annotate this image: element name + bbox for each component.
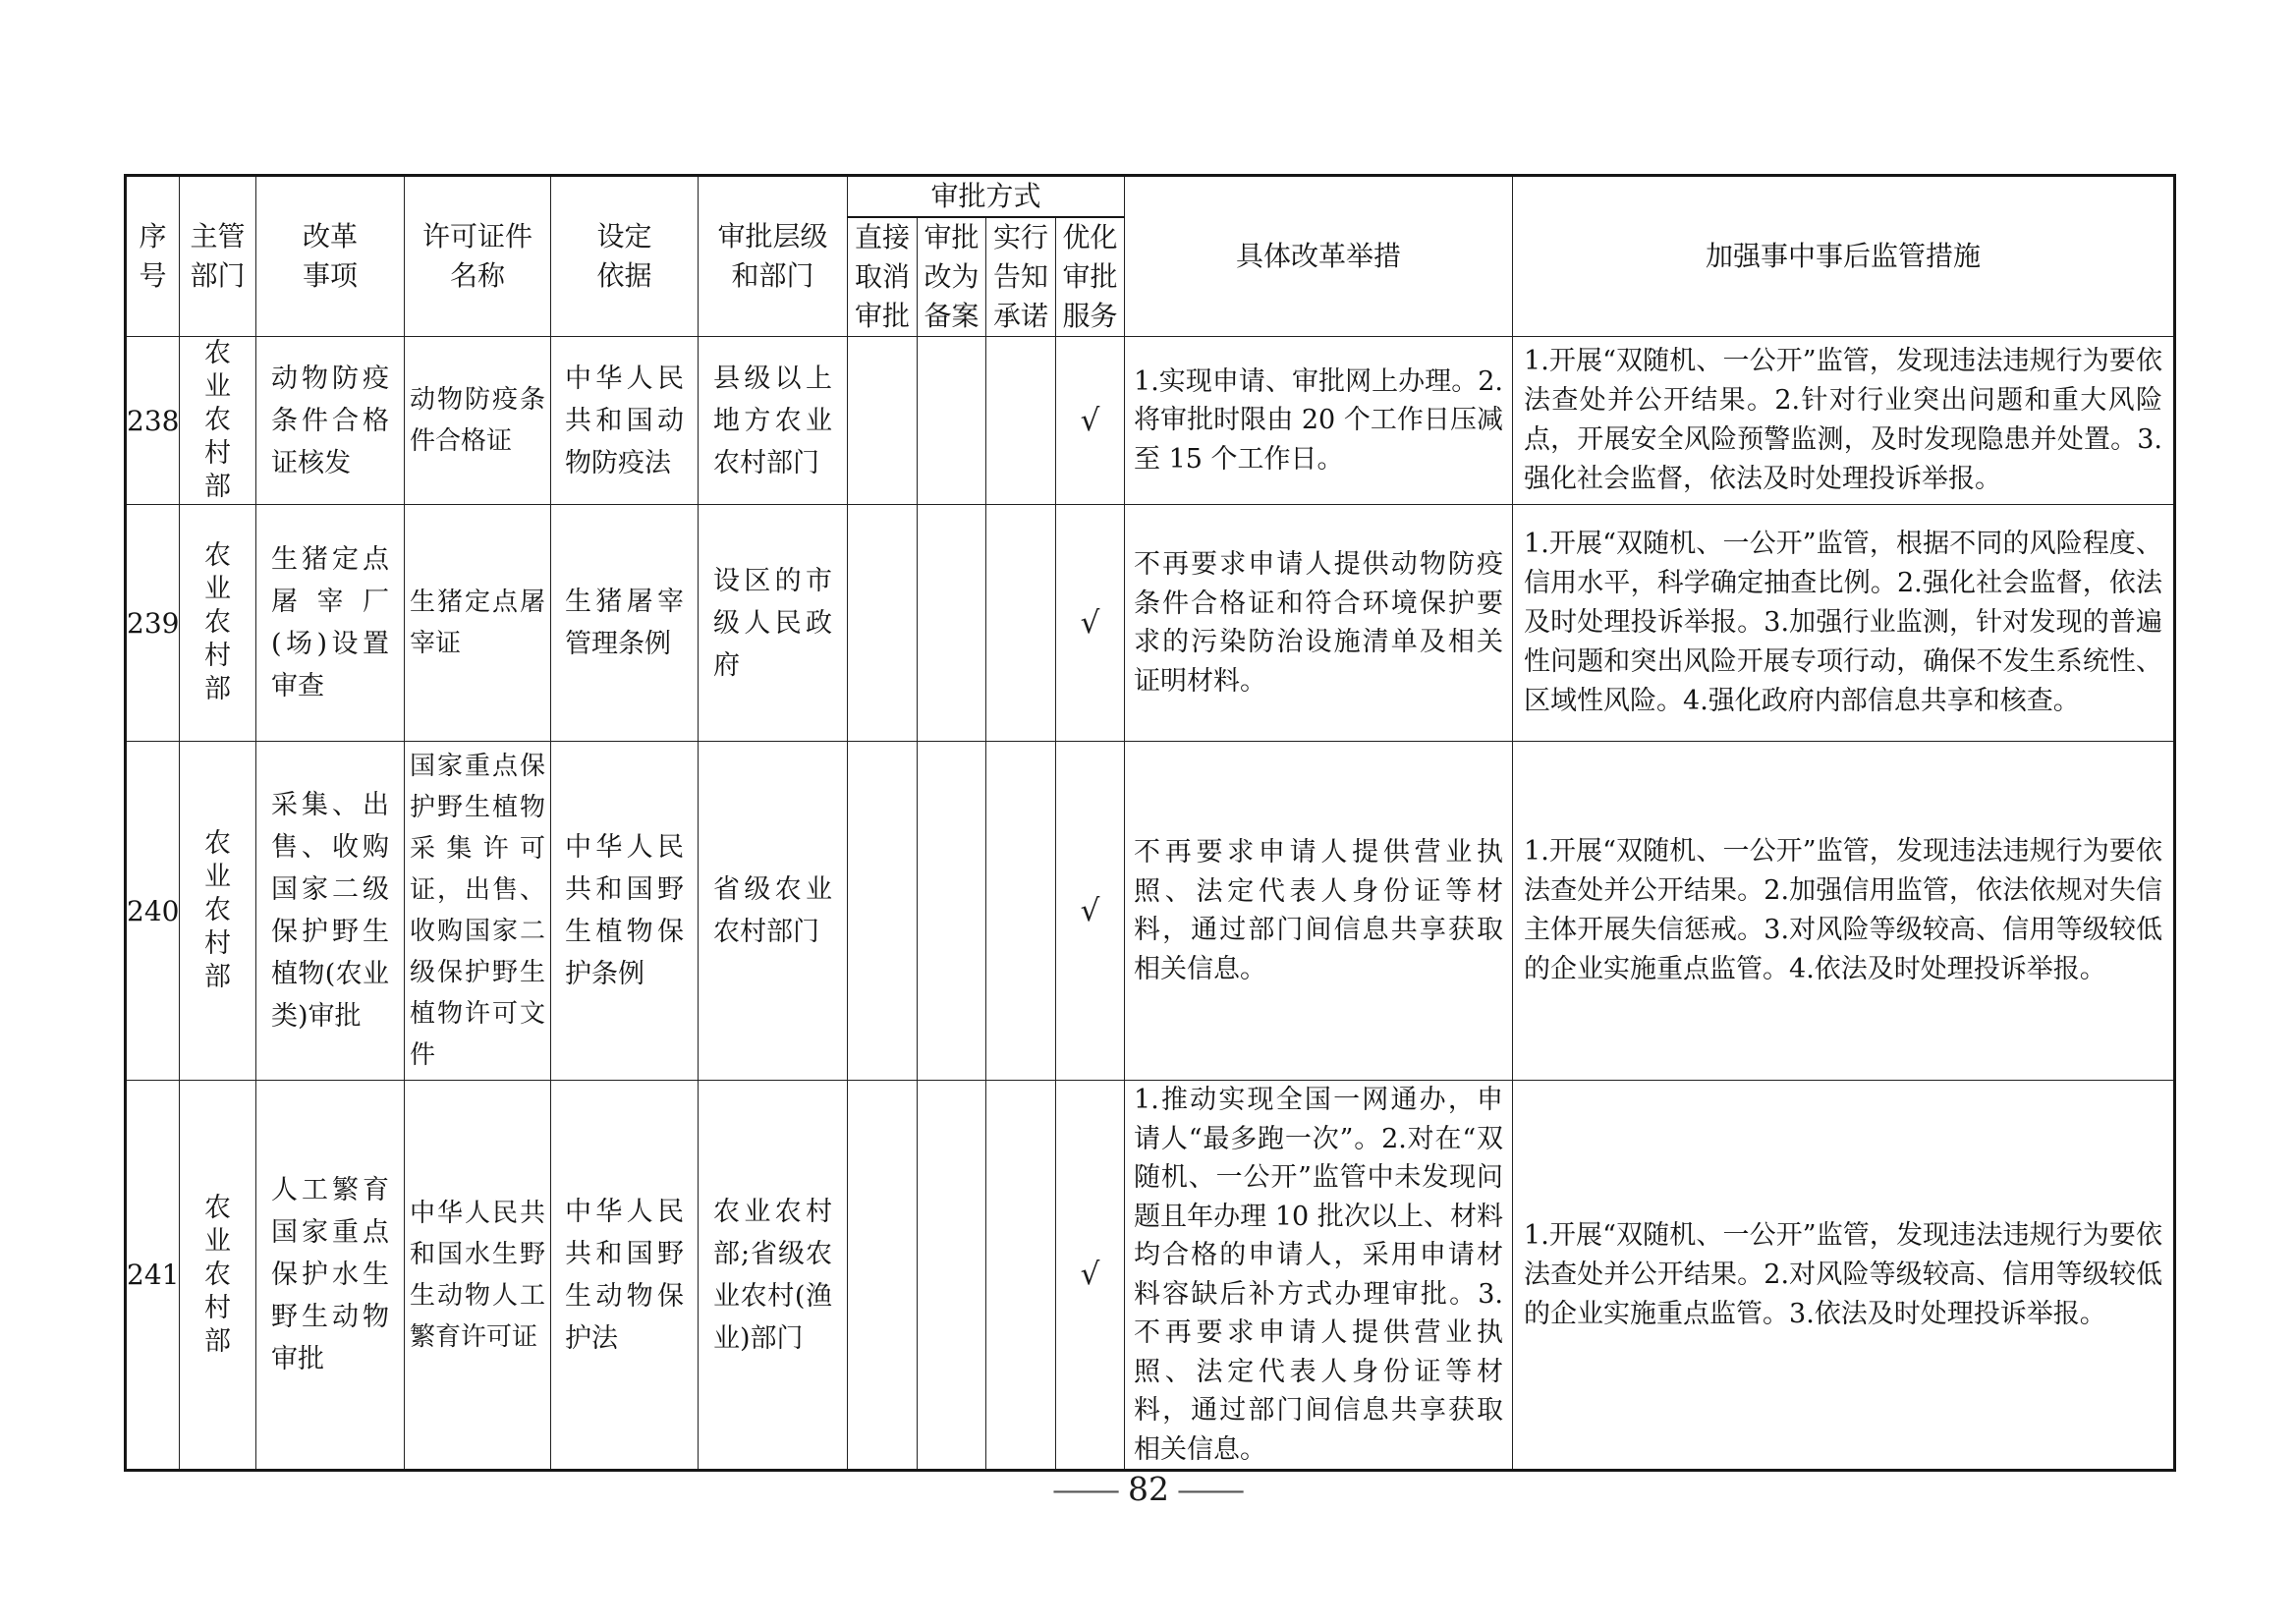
cell-basis: 中华人民共和国野生动物保护法 <box>551 1081 699 1471</box>
cell-license: 生猪定点屠宰证 <box>405 505 551 742</box>
cell-method-optimize-checkmark: √ <box>1056 742 1125 1081</box>
col-header-method-cancel: 直接 取消 审批 <box>848 217 918 337</box>
col-header-level: 审批层级 和部门 <box>699 176 848 337</box>
cell-supervision: 1.开展“双随机、一公开”监管，发现违法违规行为要依法查处并公开结果。2.针对行… <box>1513 337 2175 505</box>
cell-item: 动物防疫条件合格证核发 <box>256 337 405 505</box>
document-page: 序 号 主管 部门 改革 事项 许可证件 名称 设定 依据 审批层级 和部门 审… <box>0 0 2296 1624</box>
cell-method-commitment <box>986 505 1056 742</box>
col-header-seq: 序 号 <box>126 176 180 337</box>
table-row-238: 238 农业农村部 动物防疫条件合格证核发 动物防疫条件合格证 中华人民共和国动… <box>126 337 2175 505</box>
cell-method-optimize-checkmark: √ <box>1056 1081 1125 1471</box>
page-number: —82— <box>124 1470 2173 1508</box>
cell-license: 动物防疫条件合格证 <box>405 337 551 505</box>
cell-method-optimize-checkmark: √ <box>1056 337 1125 505</box>
cell-supervision: 1.开展“双随机、一公开”监管，发现违法违规行为要依法查处并公开结果。2.加强信… <box>1513 742 2175 1081</box>
cell-basis: 中华人民共和国动物防疫法 <box>551 337 699 505</box>
cell-method-filing <box>918 505 986 742</box>
dept-vertical-text: 农业农村部 <box>203 337 233 504</box>
cell-method-optimize-checkmark: √ <box>1056 505 1125 742</box>
cell-method-commitment <box>986 1081 1056 1471</box>
cell-measures: 1.实现申请、审批网上办理。2.将审批时限由 20 个工作日压减至 15 个工作… <box>1125 337 1513 505</box>
cell-method-cancel <box>848 742 918 1081</box>
cell-seq: 239 <box>126 505 180 742</box>
cell-method-filing <box>918 742 986 1081</box>
cell-measures: 1.推动实现全国一网通办，申请人“最多跑一次”。2.对在“双随机、一公开”监管中… <box>1125 1081 1513 1471</box>
cell-seq: 240 <box>126 742 180 1081</box>
cell-method-filing <box>918 1081 986 1471</box>
cell-supervision: 1.开展“双随机、一公开”监管，发现违法违规行为要依法查处并公开结果。2.对风险… <box>1513 1081 2175 1471</box>
cell-measures: 不再要求申请人提供营业执照、法定代表人身份证等材料，通过部门间信息共享获取相关信… <box>1125 742 1513 1081</box>
cell-basis: 中华人民共和国野生植物保护条例 <box>551 742 699 1081</box>
cell-dept: 农业农村部 <box>180 742 256 1081</box>
col-header-method-group: 审批方式 <box>848 176 1125 218</box>
cell-method-cancel <box>848 1081 918 1471</box>
cell-dept: 农业农村部 <box>180 505 256 742</box>
dept-vertical-text: 农业农村部 <box>203 1192 233 1359</box>
cell-item: 生猪定点屠宰厂(场)设置审查 <box>256 505 405 742</box>
dept-vertical-text: 农业农村部 <box>203 539 233 706</box>
col-header-method-commitment: 实行 告知 承诺 <box>986 217 1056 337</box>
col-header-basis: 设定 依据 <box>551 176 699 337</box>
col-header-supervision: 加强事中事后监管措施 <box>1513 176 2175 337</box>
cell-method-commitment <box>986 742 1056 1081</box>
dept-vertical-text: 农业农村部 <box>203 827 233 994</box>
cell-level: 省级农业农村部门 <box>699 742 848 1081</box>
cell-method-cancel <box>848 505 918 742</box>
col-header-measures: 具体改革举措 <box>1125 176 1513 337</box>
page-number-right-dash: — <box>1175 1470 1247 1508</box>
cell-item: 采集、出售、收购国家二级保护野生植物(农业类)审批 <box>256 742 405 1081</box>
cell-method-commitment <box>986 337 1056 505</box>
col-header-dept: 主管 部门 <box>180 176 256 337</box>
cell-basis: 生猪屠宰管理条例 <box>551 505 699 742</box>
table-row-239: 239 农业农村部 生猪定点屠宰厂(场)设置审查 生猪定点屠宰证 生猪屠宰管理条… <box>126 505 2175 742</box>
col-header-license: 许可证件 名称 <box>405 176 551 337</box>
cell-level: 设区的市级人民政府 <box>699 505 848 742</box>
table-row-240: 240 农业农村部 采集、出售、收购国家二级保护野生植物(农业类)审批 国家重点… <box>126 742 2175 1081</box>
reform-items-table: 序 号 主管 部门 改革 事项 许可证件 名称 设定 依据 审批层级 和部门 审… <box>124 174 2176 1472</box>
cell-supervision: 1.开展“双随机、一公开”监管，根据不同的风险程度、信用水平，科学确定抽查比例。… <box>1513 505 2175 742</box>
cell-level: 农业农村部;省级农业农村(渔业)部门 <box>699 1081 848 1471</box>
cell-seq: 241 <box>126 1081 180 1471</box>
col-header-item: 改革 事项 <box>256 176 405 337</box>
cell-license: 中华人民共和国水生野生动物人工繁育许可证 <box>405 1081 551 1471</box>
cell-dept: 农业农村部 <box>180 1081 256 1471</box>
cell-license: 国家重点保护野生植物采集许可证，出售、收购国家二级保护野生植物许可文件 <box>405 742 551 1081</box>
cell-seq: 238 <box>126 337 180 505</box>
cell-level: 县级以上地方农业农村部门 <box>699 337 848 505</box>
col-header-method-filing: 审批 改为 备案 <box>918 217 986 337</box>
table-row-241: 241 农业农村部 人工繁育国家重点保护水生野生动物审批 中华人民共和国水生野生… <box>126 1081 2175 1471</box>
cell-item: 人工繁育国家重点保护水生野生动物审批 <box>256 1081 405 1471</box>
cell-method-cancel <box>848 337 918 505</box>
cell-dept: 农业农村部 <box>180 337 256 505</box>
cell-measures: 不再要求申请人提供动物防疫条件合格证和符合环境保护要求的污染防治设施清单及相关证… <box>1125 505 1513 742</box>
page-number-value: 82 <box>1128 1470 1169 1508</box>
cell-method-filing <box>918 337 986 505</box>
col-header-method-optimize: 优化 审批 服务 <box>1056 217 1125 337</box>
page-number-left-dash: — <box>1050 1470 1122 1508</box>
